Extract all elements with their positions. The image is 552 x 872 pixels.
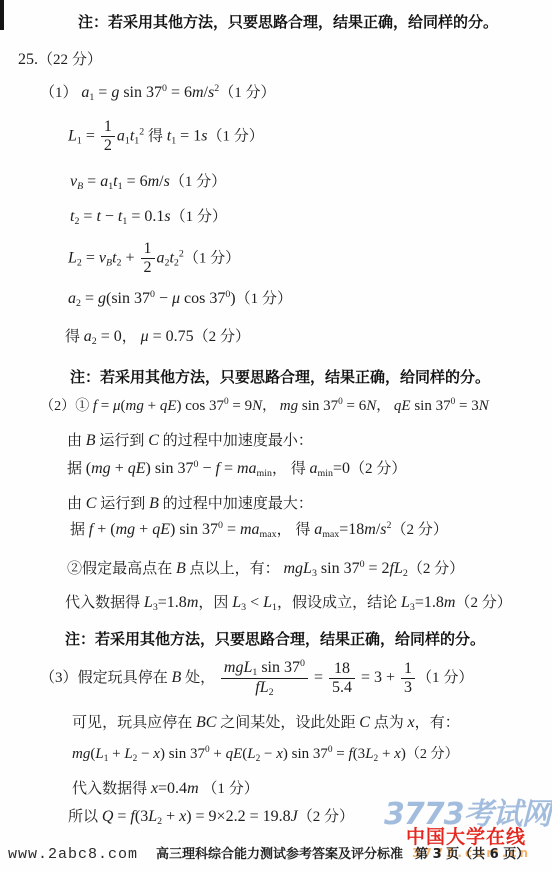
text-CB-max: 由 C 运行到 B 的过程中加速度最大： xyxy=(67,494,313,514)
text-segment: = xyxy=(79,208,96,225)
text-segment: min xyxy=(318,468,333,479)
eq-energy: mg(L1 + L2 − x) sin 370 + qE(L2 − x) sin… xyxy=(72,745,459,766)
text-segment: （2）① xyxy=(40,398,93,414)
footer-doc-title: 高三理科综合能力测试参考答案及评分标准 xyxy=(156,847,403,862)
text-segment: 的过程中加速度最小： xyxy=(159,433,313,449)
text-segment: 1 xyxy=(104,118,112,135)
text-segment: 处， xyxy=(181,670,219,686)
text-segment: x xyxy=(151,780,158,797)
text-segment: ) sin 37 xyxy=(160,746,205,762)
text-segment: ma xyxy=(240,521,260,538)
text-segment: 运行到 xyxy=(96,496,149,512)
text-segment: mgL xyxy=(283,560,311,577)
text-segment: C xyxy=(359,714,370,731)
text-segment: sin 37 xyxy=(411,398,451,414)
text-segment: Q xyxy=(102,808,114,825)
text-segment: L xyxy=(401,594,410,611)
text-segment: m xyxy=(187,780,199,797)
text-segment: sin 37 xyxy=(317,560,360,577)
fraction: 13 xyxy=(401,660,415,698)
text-segment: fL xyxy=(255,679,268,696)
text-segment: m xyxy=(187,594,199,611)
text-segment: = 2 xyxy=(365,560,390,577)
text-segment: 可见，玩具应停在 xyxy=(72,715,196,731)
text-segment: qE xyxy=(226,746,243,762)
eq-Q: 所以 Q = f(3L2 + x) = 9×2.2 = 19.8J（2 分） xyxy=(68,807,354,828)
text-segment: x xyxy=(408,714,415,731)
text-segment: ， 得 xyxy=(272,461,310,477)
eq-ratio: （3）假定玩具停在 B 处， mgL1 sin 370fL2 = 185.4 =… xyxy=(40,658,473,699)
text-segment: C xyxy=(148,432,159,449)
text-segment: = xyxy=(333,746,349,762)
text-segment: ) cos 37 xyxy=(177,398,225,414)
text-segment: = xyxy=(81,290,98,307)
text-segment: 1 xyxy=(144,240,152,257)
text-segment: L xyxy=(263,594,272,611)
text-segment: （1） xyxy=(40,85,81,101)
text-segment: − xyxy=(198,460,215,477)
text-segment: L xyxy=(68,250,77,267)
text-segment: （1 分） xyxy=(207,129,263,145)
text-segment: = xyxy=(83,173,100,190)
note-line-1: 注：若采用其他方法，只要思路合理，结果正确，给同样的分。 xyxy=(78,13,498,32)
text-segment: （2 分） xyxy=(455,595,511,611)
text-BC-min: 由 B 运行到 C 的过程中加速度最小： xyxy=(67,431,313,451)
text-segment: = xyxy=(310,669,327,686)
eq-L2: L2 = vBt2 + 12a2t22（1 分） xyxy=(68,240,240,278)
text-segment: 点为 xyxy=(370,715,408,731)
text-segment: （2 分） xyxy=(350,461,406,477)
text-segment: x xyxy=(276,746,283,762)
text-segment: （1 分） xyxy=(170,174,226,190)
scan-artifact-mark xyxy=(0,0,4,30)
text-segment: 点以上，有： xyxy=(186,561,284,577)
text-segment: （3）假定玩具停在 xyxy=(40,670,172,686)
eq-f: （2）① f = μ(mg + qE) cos 370 = 9N， mg sin… xyxy=(40,397,489,416)
text-segment: N xyxy=(366,398,376,414)
text-segment: + xyxy=(108,746,124,762)
text-segment: sin 37 xyxy=(298,398,338,414)
text-segment: 所以 xyxy=(68,809,102,825)
text-segment: = xyxy=(113,808,130,825)
fraction: 185.4 xyxy=(329,660,355,698)
text-segment: L xyxy=(365,746,373,762)
text-segment: mg xyxy=(280,398,298,414)
text-segment: L xyxy=(148,808,157,825)
text-segment: = xyxy=(97,398,113,414)
text-segment: 运行到 xyxy=(96,433,149,449)
text-segment: sin 37 xyxy=(257,659,300,676)
fraction: 12 xyxy=(141,240,155,278)
text-segment: sin 37 xyxy=(119,84,162,101)
text-segment: μ xyxy=(141,328,149,345)
note-line-3: 注：若采用其他方法，只要思路合理，结果正确，给同样的分。 xyxy=(65,630,485,649)
text-segment: mg xyxy=(126,398,144,414)
text-segment: m xyxy=(364,521,376,538)
text-segment: = xyxy=(94,84,111,101)
text-segment: ) sin 37 xyxy=(170,521,218,538)
text-segment: = 1 xyxy=(176,128,201,145)
text-segment: B xyxy=(149,495,159,512)
text-segment: + xyxy=(135,521,152,538)
text-segment: + xyxy=(210,746,226,762)
text-segment: N xyxy=(479,398,489,414)
text-segment: = 9 xyxy=(229,398,252,414)
text-segment: 代入数据得 xyxy=(72,781,151,797)
text-segment: + xyxy=(121,250,138,267)
text-segment: a xyxy=(84,328,92,345)
text-segment: （2 分） xyxy=(391,522,447,538)
text-segment: 据 xyxy=(67,461,86,477)
text-segment: 18 xyxy=(334,660,350,677)
eq-a2: a2 = g(sin 370 − μ cos 370)（1 分） xyxy=(68,289,292,310)
text-segment: L xyxy=(247,746,255,762)
text-segment: ma xyxy=(237,460,257,477)
text-segment: 3 xyxy=(404,679,412,696)
q25-header: 25.（22 分） xyxy=(18,50,102,70)
text-segment: = 0.1 xyxy=(127,208,164,225)
text-segment: 2 xyxy=(269,687,274,698)
text-segment: L xyxy=(144,594,153,611)
text-segment: (sin 37 xyxy=(106,290,150,307)
text-segment: mg xyxy=(91,460,111,477)
text-segment: 5.4 xyxy=(332,679,352,696)
text-segment: = 6 xyxy=(167,84,192,101)
text-segment: 2 xyxy=(144,259,152,276)
text-segment: ②假定最高点在 xyxy=(67,561,176,577)
text-segment: （1 分） xyxy=(184,251,240,267)
text-segment: 2 xyxy=(104,137,112,154)
text-segment: =18 xyxy=(339,521,364,538)
text-segment: （1 分） xyxy=(171,209,227,225)
eq-amin: 据 (mg + qE) sin 370 − f = mamin， 得 amin=… xyxy=(67,459,406,480)
text-segment: = 0.75 xyxy=(149,328,194,345)
eq-a1: （1） a1 = g sin 370 = 6m/s2（1 分） xyxy=(40,83,276,104)
page-footer: www.2abc8.com 高三理科综合能力测试参考答案及评分标准 第 3 页（… xyxy=(8,843,529,863)
answer-sheet-page: 注：若采用其他方法，只要思路合理，结果正确，给同样的分。25.（22 分）（1）… xyxy=(0,0,552,872)
text-segment: = xyxy=(223,521,240,538)
text-segment: ， 得 xyxy=(277,522,315,538)
text-segment: 据 xyxy=(70,522,89,538)
text-segment: qE xyxy=(160,398,177,414)
text-BC-somewhere: 可见，玩具应停在 BC 之间某处，设此处距 C 点为 x，有： xyxy=(72,713,460,733)
text-segment: B xyxy=(172,669,182,686)
text-segment: 注：若采用其他方法，只要思路合理，结果正确，给同样的分。 xyxy=(78,13,498,31)
text-segment: 由 xyxy=(67,496,86,512)
text-segment: =0.4 xyxy=(158,780,187,797)
fraction: 12 xyxy=(101,118,115,156)
text-segment: a xyxy=(68,290,76,307)
text-segment: x xyxy=(394,746,401,762)
text-segment: 1 xyxy=(404,660,412,677)
text-segment: m xyxy=(148,173,160,190)
text-segment: − xyxy=(155,290,172,307)
text-segment: = 0 xyxy=(97,328,122,345)
text-segment: mg xyxy=(72,746,90,762)
text-segment: 由 xyxy=(67,433,86,449)
text-segment: （2 分） xyxy=(298,809,354,825)
text-segment: < xyxy=(246,594,263,611)
text-segment: qE xyxy=(128,460,146,477)
text-segment: L xyxy=(68,128,77,145)
eq-vB: vB = a1t1 = 6m/s（1 分） xyxy=(70,172,226,193)
text-segment: m xyxy=(444,594,456,611)
text-segment: = 6 xyxy=(123,173,148,190)
eq-mu: 得 a2 = 0， μ = 0.75（2 分） xyxy=(65,327,250,348)
text-segment: + xyxy=(144,398,160,414)
text-segment: B xyxy=(176,560,186,577)
text-segment: − xyxy=(137,746,153,762)
text-segment: N xyxy=(252,398,262,414)
note-line-2: 注：若采用其他方法，只要思路合理，结果正确，给同样的分。 xyxy=(70,368,490,387)
text-segment: m xyxy=(192,84,204,101)
text-segment: max xyxy=(322,529,339,540)
text-segment: =1.8 xyxy=(158,594,187,611)
text-segment: + xyxy=(111,460,128,477)
text-segment: （1 分） xyxy=(236,291,292,307)
text-x-result: 代入数据得 x=0.4m （1 分） xyxy=(72,779,259,799)
text-segment: ) = 9×2.2 = 19.8 xyxy=(186,808,290,825)
text-segment: （22 分） xyxy=(38,52,102,68)
text-segment: cos 37 xyxy=(180,290,225,307)
text-segment: + xyxy=(378,746,394,762)
text-segment: = 3 xyxy=(455,398,478,414)
text-segment: a xyxy=(310,460,318,477)
text-segment: mgL xyxy=(224,659,252,676)
text-segment: BC xyxy=(196,714,216,731)
text-segment: =0 xyxy=(333,460,350,477)
text-segment: L xyxy=(232,594,241,611)
text-segment: B xyxy=(86,432,96,449)
text-segment: a xyxy=(117,128,125,145)
text-segment: (3 xyxy=(353,746,366,762)
text-segment: 25. xyxy=(18,51,38,68)
text-segment: ) sin 37 xyxy=(146,460,194,477)
text-segment: 的过程中加速度最大： xyxy=(159,496,313,512)
text-segment: qE xyxy=(394,398,411,414)
text-segment: + xyxy=(162,808,179,825)
text-segment: 注：若采用其他方法，只要思路合理，结果正确，给同样的分。 xyxy=(65,630,485,648)
text-segment: = 3 + xyxy=(357,669,399,686)
text-segment: − xyxy=(101,208,118,225)
text-segment: L xyxy=(95,746,103,762)
text-segment: （2 分） xyxy=(408,561,464,577)
text-segment: max xyxy=(260,529,277,540)
eq-amax: 据 f + (mg + qE) sin 370 = mamax， 得 amax=… xyxy=(70,520,448,541)
text-segment: x xyxy=(153,746,160,762)
text-segment: + ( xyxy=(93,521,115,538)
text-segment: v xyxy=(99,250,106,267)
text-segment: （2 分） xyxy=(406,746,459,762)
footer-site-url: www.2abc8.com xyxy=(8,846,138,863)
text-segment: （2 分） xyxy=(194,329,250,345)
text-segment: qE xyxy=(152,521,170,538)
text-segment: 得 xyxy=(65,329,84,345)
text-segment: 注：若采用其他方法，只要思路合理，结果正确，给同样的分。 xyxy=(70,368,490,386)
text-segment: = xyxy=(82,128,99,145)
text-segment: 得 xyxy=(144,129,167,145)
text-segment: ， xyxy=(122,329,141,345)
text-segment: = xyxy=(82,250,99,267)
text-segment: a xyxy=(314,521,322,538)
text-segment: 代入数据得 xyxy=(65,595,144,611)
text-L3-result: 代入数据得 L3=1.8m，因 L3 < L1，假设成立，结论 L3=1.8m（… xyxy=(65,593,512,614)
text-segment: ， xyxy=(262,398,280,414)
text-segment: − xyxy=(260,746,276,762)
text-segment: 0 xyxy=(300,658,305,669)
text-segment: ) sin 37 xyxy=(283,746,328,762)
eq-L1: L1 = 12a1t12 得 t1 = 1s（1 分） xyxy=(68,118,264,156)
text-segment: （1 分） xyxy=(199,781,259,797)
eq-L3: ②假定最高点在 B 点以上，有： mgL3 sin 370 = 2fL2（2 分… xyxy=(67,559,464,580)
fraction: mgL1 sin 370fL2 xyxy=(221,658,308,699)
text-segment: L xyxy=(124,746,132,762)
text-segment: （1 分） xyxy=(417,670,473,686)
text-segment: ，因 xyxy=(198,595,232,611)
text-segment: ，假设成立，结论 xyxy=(277,595,401,611)
text-segment: μ xyxy=(113,398,121,414)
text-segment: J xyxy=(291,808,298,825)
text-segment: g xyxy=(98,290,106,307)
text-segment: 之间某处，设此处距 xyxy=(216,715,359,731)
footer-page-number: 第 3 页（共 6 页） xyxy=(415,847,529,862)
text-segment: ，有： xyxy=(415,715,460,731)
text-segment: fL xyxy=(390,560,403,577)
text-segment: ， xyxy=(376,398,394,414)
text-segment: = xyxy=(220,460,237,477)
eq-t2: t2 = t − t1 = 0.1s（1 分） xyxy=(70,207,227,228)
text-segment: a xyxy=(100,173,108,190)
text-segment: C xyxy=(86,495,97,512)
text-segment: mg xyxy=(116,521,136,538)
text-segment: = 6 xyxy=(343,398,366,414)
text-segment: (3 xyxy=(135,808,148,825)
text-segment: a xyxy=(157,250,165,267)
text-segment: μ xyxy=(172,290,180,307)
text-segment: （1 分） xyxy=(219,85,275,101)
text-segment: min xyxy=(257,468,272,479)
text-segment: =1.8 xyxy=(415,594,444,611)
